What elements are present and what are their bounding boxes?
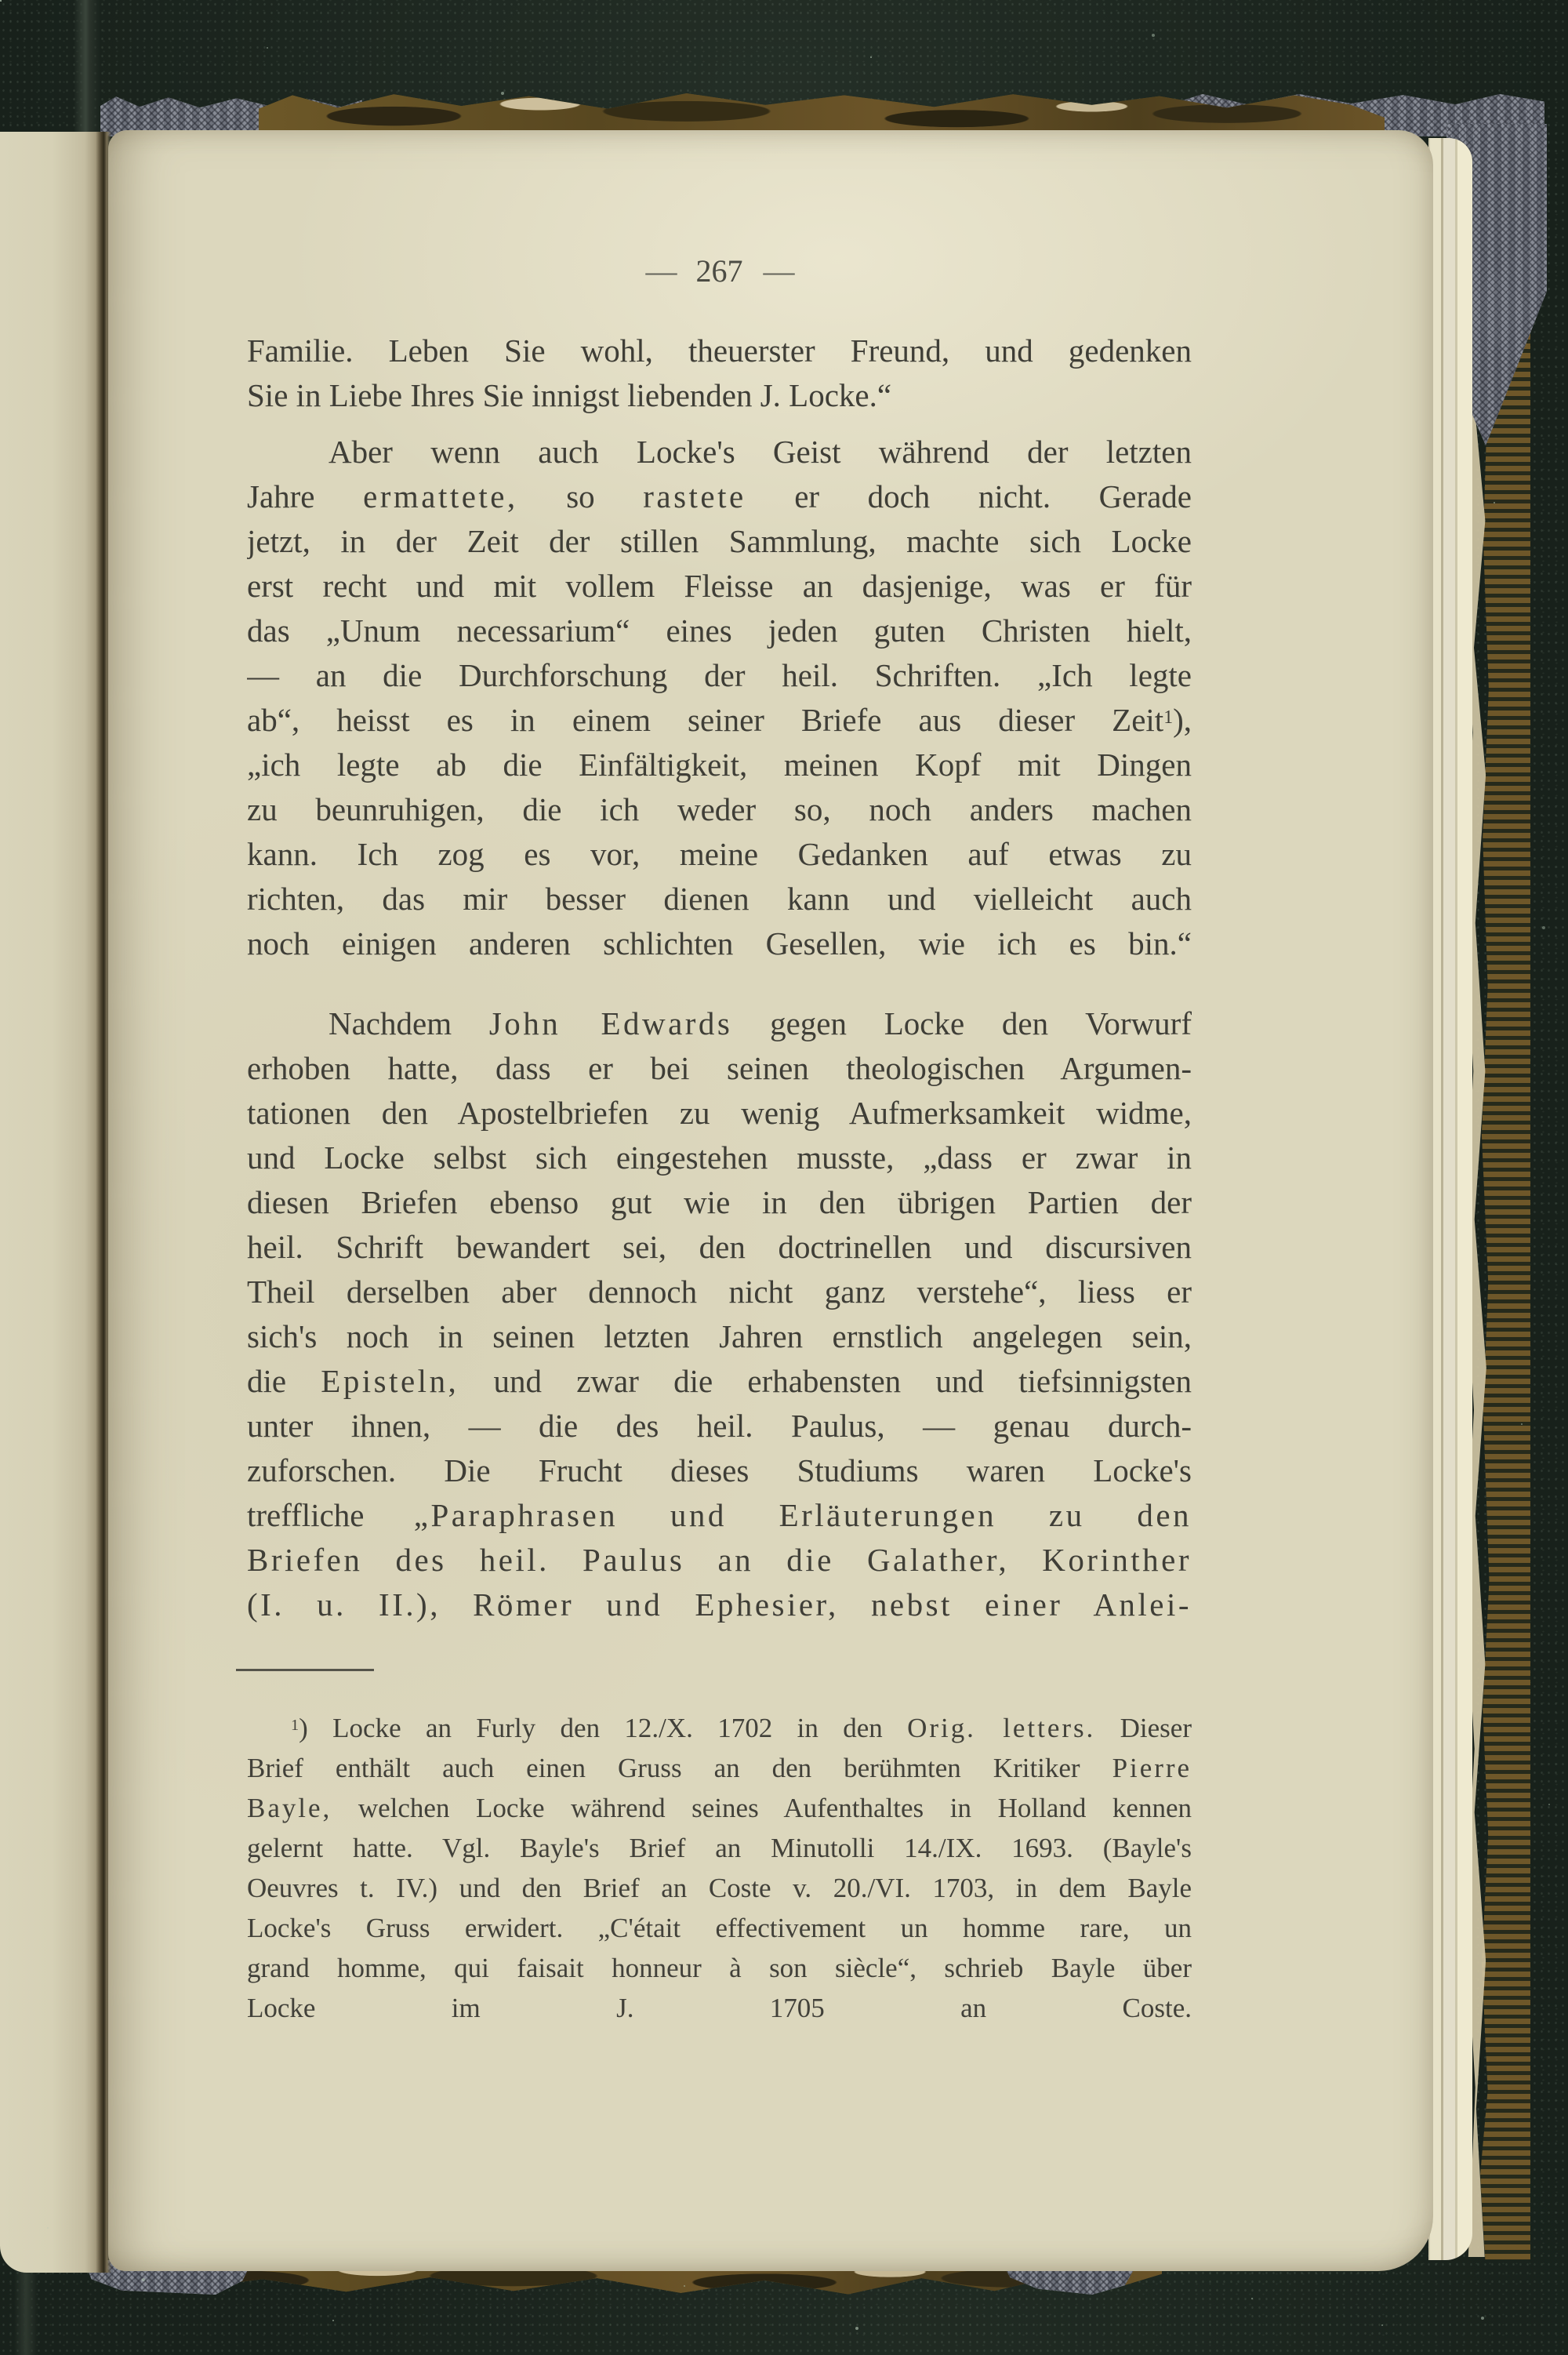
page-block-edge-stripes <box>1480 136 1530 2260</box>
text-segment: Aber wenn auch Locke's Geist während der… <box>328 434 1192 470</box>
text-segment: kann. Ich zog es vor, meine Gedanken auf… <box>247 836 1192 872</box>
text-segment: Familie. Leben Sie wohl, theuerster Freu… <box>247 333 1192 369</box>
footnote-rule <box>236 1669 374 1671</box>
footnote-line: grand homme, qui faisait honneur à son s… <box>247 1948 1192 1988</box>
text-segment: Theil derselben aber dennoch nicht ganz … <box>247 1274 1192 1310</box>
footnote-marker: 1 <box>291 1717 299 1734</box>
letterspaced-text-segment: Briefen des heil. Paulus an die Galather… <box>247 1542 1192 1578</box>
paragraph: Nachdem John Edwards gegen Locke den Vor… <box>247 1001 1192 1627</box>
footnote-line: gelernt hatte. Vgl. Bayle's Brief an Min… <box>247 1828 1192 1868</box>
letterspaced-text-segment: Pierre <box>1112 1753 1192 1783</box>
letterspaced-text-segment: John Edwards <box>489 1005 732 1041</box>
text-segment: Jahre <box>247 478 363 514</box>
page-header: —267— <box>247 253 1192 289</box>
body-line: noch einigen anderen schlichten Gesellen… <box>247 921 1192 966</box>
paragraph: Aber wenn auch Locke's Geist während der… <box>247 430 1192 966</box>
body-line: — an die Durchforschung der heil. Schrif… <box>247 653 1192 698</box>
body-line: tationen den Apostelbriefen zu wenig Auf… <box>247 1091 1192 1136</box>
body-line: sich's noch in seinen letzten Jahren ern… <box>247 1314 1192 1359</box>
letterspaced-text-segment: Orig. letters. <box>907 1713 1095 1743</box>
letterspaced-text-segment: (I. u. II.), Römer und Ephesier, nebst e… <box>247 1586 1192 1623</box>
book-page: —267— Familie. Leben Sie wohl, theuerste… <box>108 130 1433 2271</box>
text-segment: tationen den Apostelbriefen zu wenig Auf… <box>247 1095 1192 1131</box>
body-line: Sie in Liebe Ihres Sie innigst liebenden… <box>247 373 1192 418</box>
text-segment: „ich legte ab die Einfältigkeit, meinen … <box>247 747 1192 783</box>
footnote-line: 1) Locke an Furly den 12./X. 1702 in den… <box>247 1708 1192 1748</box>
header-dash-left: — <box>646 253 676 289</box>
page-fore-edge-stack <box>1428 138 1472 2260</box>
text-segment: — an die Durchforschung der heil. Schrif… <box>247 657 1192 693</box>
body-line: unter ihnen, — die des heil. Paulus, — g… <box>247 1404 1192 1448</box>
text-segment: jetzt, in der Zeit der stillen Sammlung,… <box>247 523 1192 559</box>
page-number: 267 <box>696 253 743 289</box>
text-segment: welchen Locke während seines Aufenthalte… <box>332 1793 1192 1823</box>
body-line: zuforschen. Die Frucht dieses Studiums w… <box>247 1448 1192 1493</box>
body-line: richten, das mir besser dienen kann und … <box>247 877 1192 921</box>
footnote-line: Locke's Gruss erwidert. „C'était effecti… <box>247 1908 1192 1948</box>
text-segment: das „Unum necessarium“ eines jeden guten… <box>247 612 1192 649</box>
text-segment: gegen Locke den Vorwurf <box>732 1005 1192 1041</box>
text-segment: Brief enthält auch einen Gruss an den be… <box>247 1753 1112 1783</box>
body-line: diesen Briefen ebenso gut wie in den übr… <box>247 1180 1192 1225</box>
text-segment: ab“, heisst es in einem seiner Briefe au… <box>247 702 1163 738</box>
body-line: Briefen des heil. Paulus an die Galather… <box>247 1538 1192 1583</box>
text-segment: er doch nicht. Gerade <box>746 478 1192 514</box>
body-line: Nachdem John Edwards gegen Locke den Vor… <box>247 1001 1192 1046</box>
footnote-line: Brief enthält auch einen Gruss an den be… <box>247 1748 1192 1788</box>
footnote-line: Bayle, welchen Locke während seines Aufe… <box>247 1788 1192 1828</box>
body-line: jetzt, in der Zeit der stillen Sammlung,… <box>247 519 1192 564</box>
text-segment: grand homme, qui faisait honneur à son s… <box>247 1953 1192 1983</box>
text-segment: Dieser <box>1095 1713 1192 1743</box>
text-segment: zu beunruhigen, die ich weder so, noch a… <box>247 791 1192 827</box>
text-segment: Locke's Gruss erwidert. „C'était effecti… <box>247 1913 1192 1943</box>
text-segment: und Locke selbst sich eingestehen musste… <box>247 1139 1192 1176</box>
text-segment: die <box>247 1363 321 1399</box>
text-segment: sich's noch in seinen letzten Jahren ern… <box>247 1318 1192 1354</box>
text-segment: treffliche <box>247 1497 414 1533</box>
header-dash-right: — <box>764 253 793 289</box>
scanned-book-page: —267— Familie. Leben Sie wohl, theuerste… <box>0 0 1568 2355</box>
body-line: treffliche „Paraphrasen und Erläuterunge… <box>247 1493 1192 1538</box>
footnote-line: Locke im J. 1705 an Coste. <box>247 1988 1192 2028</box>
letterspaced-text-segment: rastete <box>643 478 746 514</box>
letterspaced-text-segment: Bayle, <box>247 1793 332 1823</box>
body-line: ab“, heisst es in einem seiner Briefe au… <box>247 698 1192 743</box>
body-line: die Episteln, und zwar die erhabensten u… <box>247 1359 1192 1404</box>
text-segment: diesen Briefen ebenso gut wie in den übr… <box>247 1184 1192 1220</box>
body-line: und Locke selbst sich eingestehen musste… <box>247 1136 1192 1180</box>
text-segment: gelernt hatte. Vgl. Bayle's Brief an Min… <box>247 1833 1192 1863</box>
text-segment: so <box>518 478 644 514</box>
text-segment: noch einigen anderen schlichten Gesellen… <box>247 925 1192 961</box>
text-segment: erhoben hatte, dass er bei seinen theolo… <box>247 1050 1192 1086</box>
text-segment: ), <box>1173 702 1192 738</box>
body-line: erst recht und mit vollem Fleisse an das… <box>247 564 1192 609</box>
body-line: Theil derselben aber dennoch nicht ganz … <box>247 1270 1192 1314</box>
cover-spine-edge-top <box>74 0 100 135</box>
letterspaced-text-segment: Episteln, <box>321 1363 459 1399</box>
text-segment: ) Locke an Furly den 12./X. 1702 in den <box>299 1713 907 1743</box>
facing-page-edge <box>0 132 103 2273</box>
footnote-marker: 1 <box>1163 707 1173 728</box>
letterspaced-text-segment: ermattete, <box>363 478 518 514</box>
body-line: Aber wenn auch Locke's Geist während der… <box>247 430 1192 474</box>
text-segment: unter ihnen, — die des heil. Paulus, — g… <box>247 1408 1192 1444</box>
text-segment: Nachdem <box>328 1005 489 1041</box>
body-line: (I. u. II.), Römer und Ephesier, nebst e… <box>247 1583 1192 1627</box>
body-line: „ich legte ab die Einfältigkeit, meinen … <box>247 743 1192 787</box>
footnote: 1) Locke an Furly den 12./X. 1702 in den… <box>247 1708 1192 2028</box>
cover-spine-edge-bottom <box>14 2270 38 2355</box>
body-line: das „Unum necessarium“ eines jeden guten… <box>247 609 1192 653</box>
body-line: Jahre ermattete, so rastete er doch nich… <box>247 474 1192 519</box>
text-segment: zuforschen. Die Frucht dieses Studiums w… <box>247 1452 1192 1488</box>
text-segment: Locke im J. 1705 an Coste. <box>247 1993 1192 2023</box>
text-segment: Sie in Liebe Ihres Sie innigst liebenden… <box>247 377 891 413</box>
body-line: Familie. Leben Sie wohl, theuerster Freu… <box>247 329 1192 373</box>
text-segment: erst recht und mit vollem Fleisse an das… <box>247 568 1192 604</box>
text-segment: und zwar die erhabensten und tiefsinnigs… <box>459 1363 1192 1399</box>
paragraph: Familie. Leben Sie wohl, theuerster Freu… <box>247 329 1192 418</box>
body-line: erhoben hatte, dass er bei seinen theolo… <box>247 1046 1192 1091</box>
letterspaced-text-segment: „Paraphrasen und Erläuterungen zu den <box>414 1497 1192 1533</box>
text-segment: Oeuvres t. IV.) und den Brief an Coste v… <box>247 1873 1192 1903</box>
body-line: kann. Ich zog es vor, meine Gedanken auf… <box>247 832 1192 877</box>
body-line: heil. Schrift bewandert sei, den doctrin… <box>247 1225 1192 1270</box>
text-segment: heil. Schrift bewandert sei, den doctrin… <box>247 1229 1192 1265</box>
body-text: Familie. Leben Sie wohl, theuerster Freu… <box>247 329 1192 1627</box>
footnote-line: Oeuvres t. IV.) und den Brief an Coste v… <box>247 1868 1192 1908</box>
dust-specks <box>0 0 2 2</box>
text-segment: richten, das mir besser dienen kann und … <box>247 881 1192 917</box>
body-line: zu beunruhigen, die ich weder so, noch a… <box>247 787 1192 832</box>
